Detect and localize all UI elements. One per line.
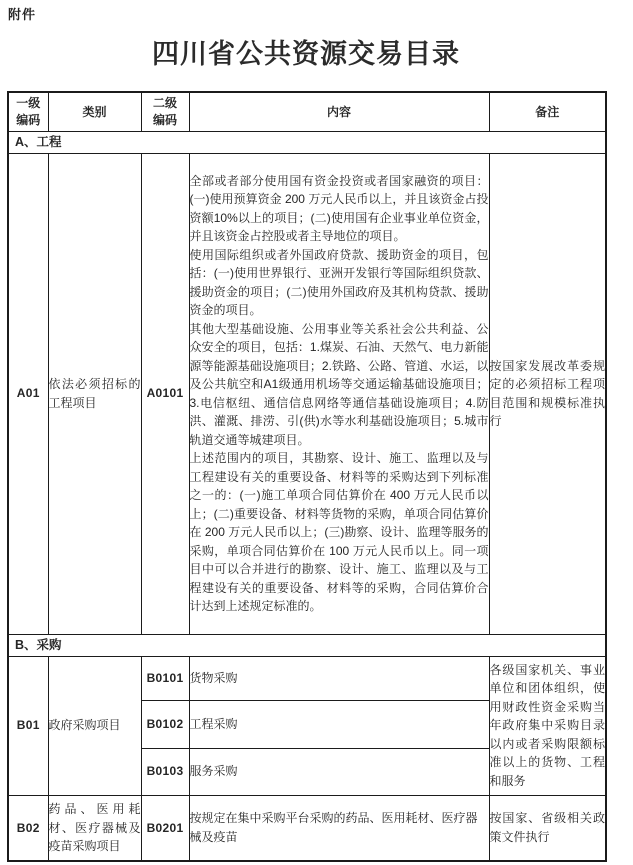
level1-code-cell: B02 [8,795,48,861]
content-cell: 货物采购 [189,656,489,700]
category-cell: 药品、医用耗材、医疗器械及疫苗采购项目 [48,795,141,861]
header-level1-code-text: 一级 编码 [9,95,48,129]
page-title: 四川省公共资源交易目录 [7,32,605,71]
content-cell: 按规定在集中采购平台采购的药品、医用耗材、医疗器械及疫苗 [189,795,489,861]
content-paragraph: 使用国际组织或者外国政府贷款、援助资金的项目，包括：(一)使用世界银行、亚洲开发… [190,246,489,320]
catalog-table: 一级 编码 类别 二级 编码 内容 备注 A、工程 [7,91,607,862]
level2-code-cell: B0103 [141,748,189,795]
document-page: 附件 四川省公共资源交易目录 一级 编码 类别 [0,0,633,865]
attachment-label: 附件 [8,4,36,23]
category-cell: 政府采购项目 [48,656,141,795]
header-level2-code-text: 二级 编码 [142,95,189,129]
header-level1-code: 一级 编码 [8,92,48,131]
section-b-label: B、采购 [8,634,606,656]
remark-cell: 按国家、省级相关政策文件执行 [489,795,606,861]
level2-code-cell: B0201 [141,795,189,861]
content-paragraph: 其他大型基础设施、公用事业等关系社会公共利益、公众安全的项目，包括：1.煤炭、石… [190,320,489,450]
section-a-label: A、工程 [8,131,606,153]
level1-code-cell: B01 [8,656,48,795]
remark-cell: 各级国家机关、事业单位和团体组织，使用财政性资金采购当年政府集中采购目录以内或者… [489,656,606,795]
content-paragraph: 全部或者部分使用国有资金投资或者国家融资的项目：(一)使用预算资金 200 万元… [190,172,489,246]
table-row: B01 政府采购项目 B0101 货物采购 各级国家机关、事业单位和团体组织，使… [8,656,606,700]
content-cell: 全部或者部分使用国有资金投资或者国家融资的项目：(一)使用预算资金 200 万元… [189,153,489,634]
header-line: 编码 [9,112,48,129]
header-category: 类别 [48,92,141,131]
table-header-row: 一级 编码 类别 二级 编码 内容 备注 [8,92,606,131]
section-row-a: A、工程 [8,131,606,153]
category-cell: 依法必须招标的工程项目 [48,153,141,634]
title-container: 四川省公共资源交易目录 [7,32,605,71]
level2-code-cell: B0101 [141,656,189,700]
header-content: 内容 [189,92,489,131]
header-line: 二级 [142,95,189,112]
content-cell: 服务采购 [189,748,489,795]
content-paragraph: 上述范围内的项目，其勘察、设计、施工、监理以及与工程建设有关的重要设备、材料等的… [190,449,489,616]
level2-code-cell: B0102 [141,700,189,748]
section-row-b: B、采购 [8,634,606,656]
header-level2-code: 二级 编码 [141,92,189,131]
header-line: 编码 [142,112,189,129]
header-line: 一级 [9,95,48,112]
level2-code-cell: A0101 [141,153,189,634]
header-remark: 备注 [489,92,606,131]
table-row: B02 药品、医用耗材、医疗器械及疫苗采购项目 B0201 按规定在集中采购平台… [8,795,606,861]
remark-cell: 按国家发展改革委规定的必须招标工程项目范围和规模标准执行 [489,153,606,634]
level1-code-cell: A01 [8,153,48,634]
table-row: A01 依法必须招标的工程项目 A0101 全部或者部分使用国有资金投资或者国家… [8,153,606,634]
content-cell: 工程采购 [189,700,489,748]
